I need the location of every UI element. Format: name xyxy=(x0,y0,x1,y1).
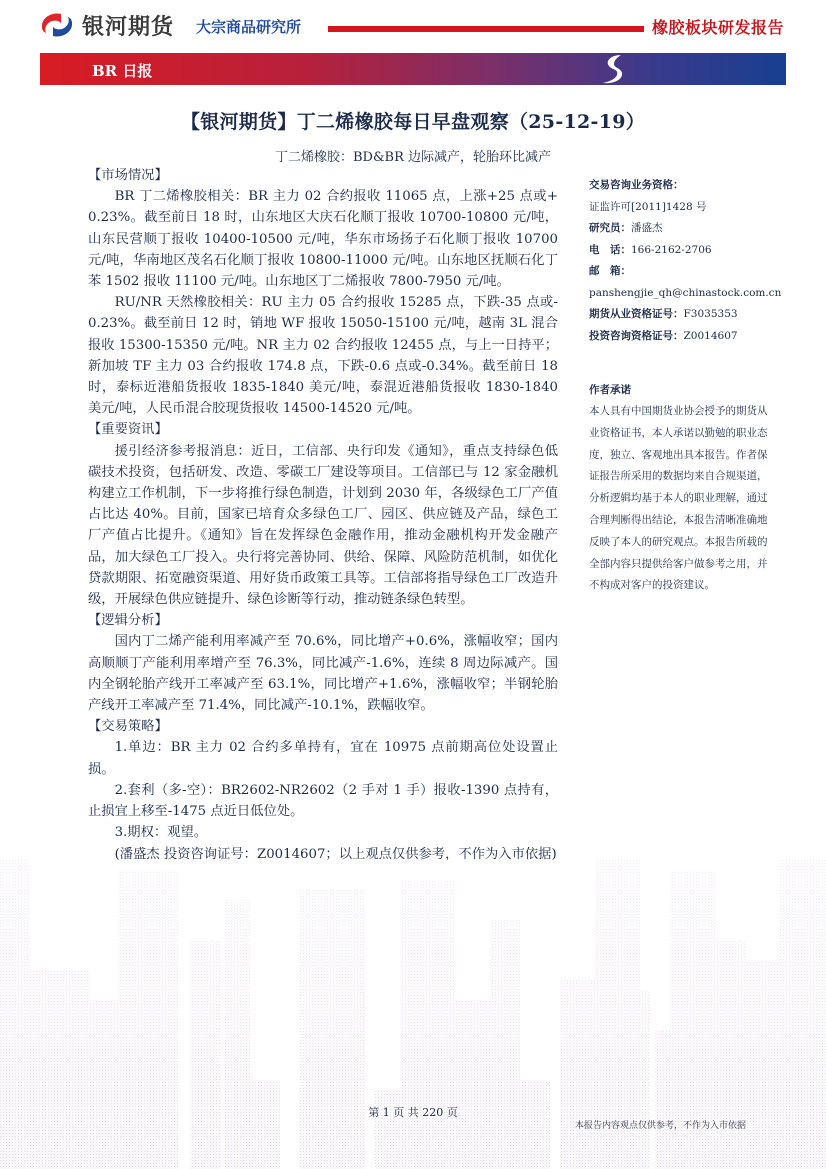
paragraph-logic: 国内丁二烯产能利用率减产至 70.6%，同比增产+0.6%，涨幅收窄；国内高顺顺… xyxy=(88,631,558,716)
advisory-cert-value: Z0014607 xyxy=(684,330,738,342)
section-market: 【市场情况】 BR 丁二烯橡胶相关：BR 主力 02 合约报收 11065 点，… xyxy=(88,165,558,419)
paragraph-ru-nr: RU/NR 天然橡胶相关：RU 主力 05 合约报收 15285 点，下跌-35… xyxy=(88,292,558,419)
phone-row: 电 话：166-2162-2706 xyxy=(589,240,789,262)
galaxy-logo-icon xyxy=(40,12,74,38)
researcher-name: 潘盛杰 xyxy=(631,222,663,234)
futures-cert-label: 期货从业资格证号： xyxy=(589,308,684,320)
subtitle-text: 丁二烯橡胶：BD&BR 边际减产，轮胎环比减产 xyxy=(275,150,551,165)
pledge-title: 作者承诺 xyxy=(589,379,789,401)
main-content: 【市场情况】 BR 丁二烯橡胶相关：BR 主力 02 合约报收 11065 点，… xyxy=(88,165,558,865)
advisory-cert-row: 投资咨询资格证号：Z0014607 xyxy=(589,326,789,348)
report-header: 银河期货 大宗商品研究所 橡胶板块研发报告 xyxy=(0,0,826,50)
phone-value: 166-2162-2706 xyxy=(631,244,712,256)
pledge-body: 本人具有中国期货业协会授予的期货从业资格证书，本人承诺以勤勉的职业态度，独立、客… xyxy=(589,401,769,597)
section-heading: 【市场情况】 xyxy=(88,165,558,186)
report-type: 橡胶板块研发报告 xyxy=(652,15,784,38)
analyst-sidebar: 交易咨询业务资格： 证监许可[2011]1428 号 研究员：潘盛杰 电 话：1… xyxy=(589,175,789,597)
researcher-label: 研究员： xyxy=(589,222,631,234)
s-swoosh-icon xyxy=(595,53,635,85)
qualification-value: 证监许可[2011]1428 号 xyxy=(589,201,706,213)
brand-name: 银河期货 xyxy=(82,10,174,41)
banner-label: BR 日报 xyxy=(92,60,152,81)
strategy-note: (潘盛杰 投资咨询证号：Z0014607；以上观点仅供参考，不作为入市依据) xyxy=(88,844,558,865)
section-heading: 【交易策略】 xyxy=(88,716,558,737)
report-banner: BR 日报 xyxy=(40,53,786,85)
futures-cert-value: F3035353 xyxy=(684,308,738,320)
researcher-row: 研究员：潘盛杰 xyxy=(589,218,789,240)
email-label-row: 邮 箱： xyxy=(589,261,789,283)
qualification-label: 交易咨询业务资格： xyxy=(589,179,684,191)
strategy-single: 1.单边：BR 主力 02 合约多单持有，宜在 10975 点前期高位处设置止损… xyxy=(88,737,558,779)
email-link[interactable]: panshengjie_qh@chinastock.com.cn xyxy=(589,287,781,299)
qualification-value-row: 证监许可[2011]1428 号 xyxy=(589,197,789,219)
section-logic: 【逻辑分析】 国内丁二烯产能利用率减产至 70.6%，同比增产+0.6%，涨幅收… xyxy=(88,610,558,716)
phone-label: 电 话： xyxy=(589,244,631,256)
futures-cert-row: 期货从业资格证号：F3035353 xyxy=(589,304,789,326)
strategy-options: 3.期权：观望。 xyxy=(88,822,558,843)
footer-disclaimer: 本报告内容观点仅供参考，不作为入市依据 xyxy=(575,1118,746,1131)
institute-name: 大宗商品研究所 xyxy=(196,16,301,37)
section-heading: 【逻辑分析】 xyxy=(88,610,558,631)
strategy-arbitrage: 2.套利（多-空）：BR2602-NR2602（2 手对 1 手）报收-1390… xyxy=(88,780,558,822)
document-title: 【银河期货】丁二烯橡胶每日早盘观察（25-12-19） xyxy=(0,107,826,134)
paragraph-br: BR 丁二烯橡胶相关：BR 主力 02 合约报收 11065 点，上涨+25 点… xyxy=(88,186,558,292)
advisory-cert-label: 投资咨询资格证号： xyxy=(589,330,684,342)
document-subtitle: 丁二烯橡胶：BD&BR 边际减产，轮胎环比减产 xyxy=(0,146,826,165)
qualification-label-row: 交易咨询业务资格： xyxy=(589,175,789,197)
section-news: 【重要资讯】 援引经济参考报消息：近日，工信部、央行印发《通知》，重点支持绿色低… xyxy=(88,419,558,610)
section-heading: 【重要资讯】 xyxy=(88,419,558,440)
email-label: 邮 箱： xyxy=(589,265,631,277)
paragraph-news: 援引经济参考报消息：近日，工信部、央行印发《通知》，重点支持绿色低碳技术投资，包… xyxy=(88,441,558,611)
section-strategy: 【交易策略】 1.单边：BR 主力 02 合约多单持有，宜在 10975 点前期… xyxy=(88,716,558,864)
email-value-row: panshengjie_qh@chinastock.com.cn xyxy=(589,283,789,305)
header-divider xyxy=(328,26,644,32)
